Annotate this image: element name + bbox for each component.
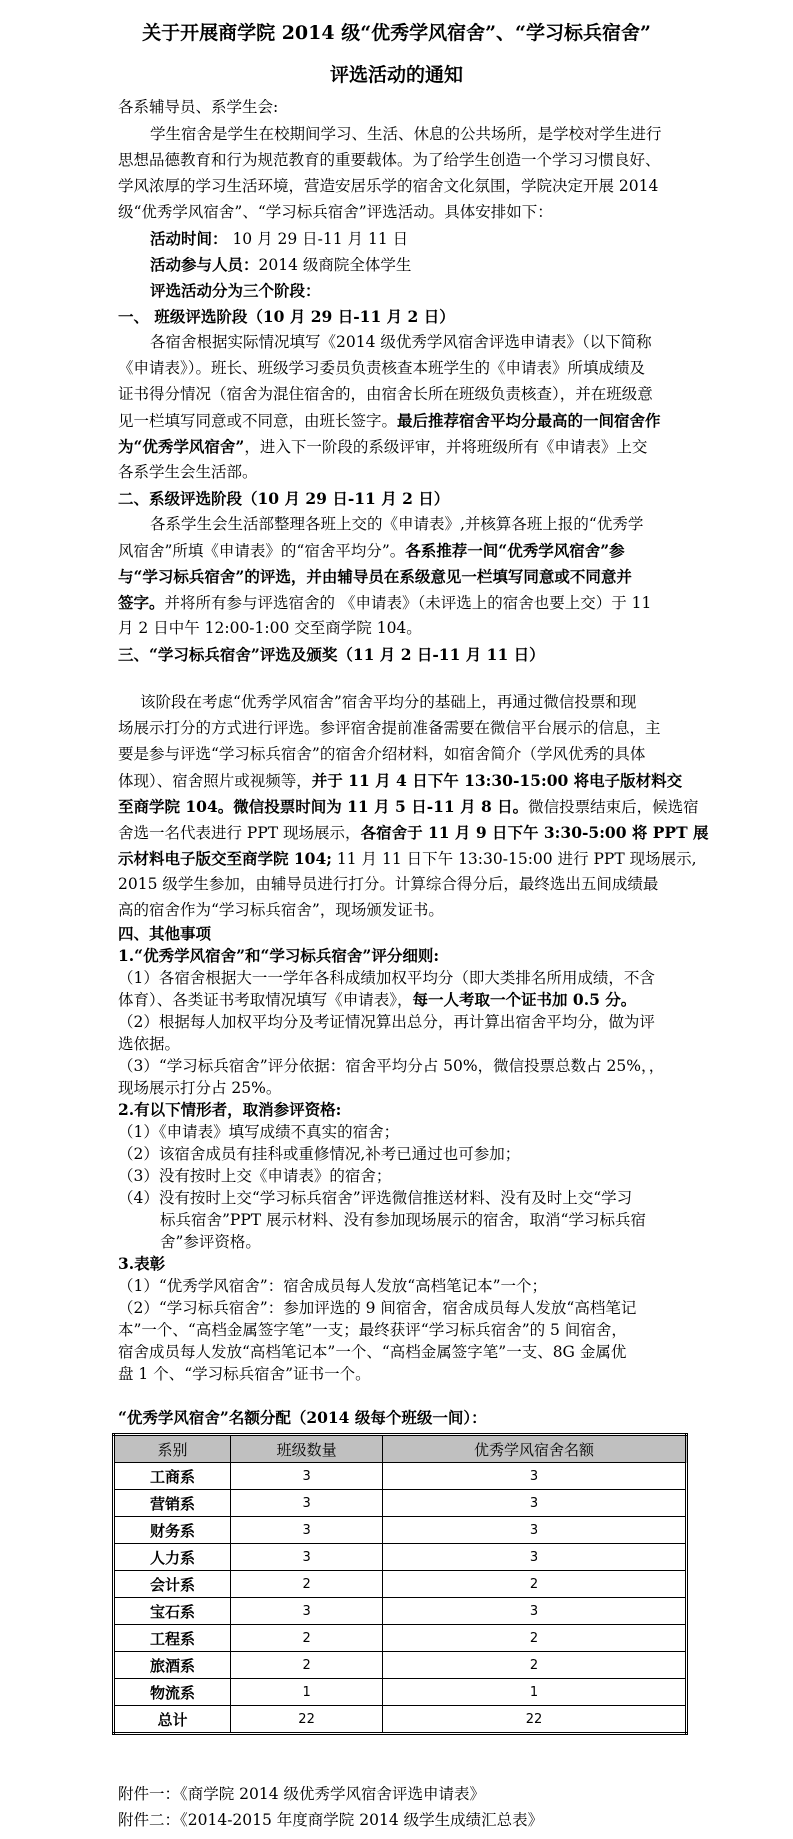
section3-line: 舍选一名代表进行 PPT 现场展示，各宿舍于 11 月 9 日下午 3:30-5… xyxy=(118,820,694,846)
column-header: 优秀学风宿舍名额 xyxy=(383,1435,687,1463)
intro-line: 学生宿舍是学生在校期间学习、生活、休息的公共场所，是学校对学生进行 xyxy=(150,122,726,147)
section3-line: 场展示打分的方式进行评选。参评宿舍提前准备需要在微信平台展示的信息，主 xyxy=(118,716,694,741)
sub1-line: （1）各宿舍根据大一一学年各科成绩加权平均分（即大类排名所用成绩，不含 xyxy=(118,968,694,988)
class-count-cell: 2 xyxy=(231,1652,383,1679)
text-bold: 示材料电子版交至商学院 104; xyxy=(118,849,332,868)
allocation-table: 系别 班级数量 优秀学风宿舍名额 工商系33 营销系33 财务系33 人力系33… xyxy=(112,1433,688,1735)
column-header: 系别 xyxy=(114,1435,231,1463)
class-count-cell: 3 xyxy=(231,1598,383,1625)
total-class-count-cell: 22 xyxy=(231,1706,383,1734)
section1-line: 见一栏填写同意或不同意，由班长签字。最后推荐宿舍平均分最高的一间宿舍作 xyxy=(118,408,694,434)
text-bold: 至商学院 104。微信投票时间为 11 月 5 日-11 月 8 日。 xyxy=(118,797,528,816)
section1-line: 各系学生会生活部。 xyxy=(118,460,694,485)
quota-cell: 1 xyxy=(383,1679,687,1706)
participants-label: 活动参与人员： xyxy=(150,255,259,274)
quota-cell: 2 xyxy=(383,1625,687,1652)
text-normal: 风宿舍”所填《申请表》的“宿舍平均分”。 xyxy=(118,542,405,560)
dept-cell: 人力系 xyxy=(114,1544,231,1571)
section3-heading: 三、“学习标兵宿舍”评选及颁奖（11 月 2 日-11 月 11 日） xyxy=(118,642,694,667)
sub3-item: 宿舍成员每人发放“高档笔记本”一个、“高档金属签字笔”一支、8G 金属优 xyxy=(118,1342,694,1362)
sub3-item: （2）“学习标兵宿舍”：参加评选的 9 间宿舍，宿舍成员每人发放“高档笔记 xyxy=(118,1298,694,1318)
text-bold: 最后推荐宿舍平均分最高的一间宿舍作 xyxy=(397,411,661,430)
column-header: 班级数量 xyxy=(231,1435,383,1463)
table-total-row: 总计2222 xyxy=(114,1706,687,1734)
text-normal: 11 月 11 日下午 13:30-15:00 进行 PPT 现场展示, xyxy=(332,850,697,868)
table-row: 工程系22 xyxy=(114,1625,687,1652)
text-bold: 各宿舍于 11 月 9 日下午 3:30-5:00 将 PPT 展 xyxy=(361,823,709,842)
section1-line: 各宿舍根据实际情况填写《2014 级优秀学风宿舍评选申请表》（以下简称 xyxy=(150,330,726,355)
quota-cell: 2 xyxy=(383,1652,687,1679)
attachment-2: 附件二：《2014-2015 年度商学院 2014 级学生成绩汇总表》 xyxy=(118,1808,694,1833)
sub2-item: （3）没有按时上交《申请表》的宿舍； xyxy=(118,1166,694,1186)
text-normal: 舍选一名代表进行 PPT 现场展示， xyxy=(118,824,361,842)
text-bold: 各系推荐一间“优秀学风宿舍”参 xyxy=(405,541,624,560)
table-header-row: 系别 班级数量 优秀学风宿舍名额 xyxy=(114,1435,687,1463)
section1-heading: 一、 班级评选阶段（10 月 29 日-11 月 2 日） xyxy=(118,304,694,329)
table-row: 旅酒系22 xyxy=(114,1652,687,1679)
sub2-item: 舍”参评资格。 xyxy=(160,1232,736,1252)
table-row: 工商系33 xyxy=(114,1463,687,1490)
quota-cell: 3 xyxy=(383,1598,687,1625)
allocation-caption: “优秀学风宿舍”名额分配（2014 级每个班级一间）： xyxy=(118,1408,694,1428)
text-bold: 为“优秀学风宿舍” xyxy=(118,437,244,456)
class-count-cell: 2 xyxy=(231,1571,383,1598)
sub2-heading: 2.有以下情形者，取消参评资格: xyxy=(118,1100,694,1120)
section2-line: 签字。并将所有参与评选宿舍的 《申请表》（未评选上的宿舍也要上交）于 11 xyxy=(118,590,694,616)
text-normal: 见一栏填写同意或不同意，由班长签字。 xyxy=(118,412,397,430)
notice-title-line1: 关于开展商学院 2014 级“优秀学风宿舍”、“学习标兵宿舍” xyxy=(0,18,793,45)
quota-cell: 3 xyxy=(383,1463,687,1490)
sub1-line: （2）根据每人加权平均分及考证情况算出总分，再计算出宿舍平均分，做为评 xyxy=(118,1012,694,1032)
sub2-item: 标兵宿舍”PPT 展示材料、没有参加现场展示的宿舍，取消“学习标兵宿 xyxy=(160,1210,736,1230)
section3-line: 体现）、宿舍照片或视频等，并于 11 月 4 日下午 13:30-15:00 将… xyxy=(118,768,694,794)
dept-cell: 物流系 xyxy=(114,1679,231,1706)
sub3-item: 本”一个、“高档金属签字笔”一支；最终获评“学习标兵宿舍”的 5 间宿舍， xyxy=(118,1320,694,1340)
dept-cell: 营销系 xyxy=(114,1490,231,1517)
text-normal: 体现）、宿舍照片或视频等， xyxy=(118,772,312,790)
dept-cell: 财务系 xyxy=(114,1517,231,1544)
text-bold: 签字。 xyxy=(118,593,165,612)
class-count-cell: 3 xyxy=(231,1544,383,1571)
sub2-item: （1）《申请表》填写成绩不真实的宿舍； xyxy=(118,1122,694,1142)
section3-line: 要是参与评选“学习标兵宿舍”的宿舍介绍材料，如宿舍简介（学风优秀的具体 xyxy=(118,742,694,767)
activity-time: 活动时间： 10 月 29 日-11 月 11 日 xyxy=(150,226,726,252)
sub1-line: 体育）、各类证书考取情况填写《申请表》，每一人考取一个证书加 0.5 分。 xyxy=(118,990,694,1010)
table-row: 营销系33 xyxy=(114,1490,687,1517)
text-normal: 体育）、各类证书考取情况填写《申请表》， xyxy=(118,991,413,1009)
section3-line: 至商学院 104。微信投票时间为 11 月 5 日-11 月 8 日。微信投票结… xyxy=(118,794,694,820)
quota-cell: 3 xyxy=(383,1490,687,1517)
table-row: 人力系33 xyxy=(114,1544,687,1571)
sub2-item: （2）该宿舍成员有挂科或重修情况,补考已通过也可参加； xyxy=(118,1144,694,1164)
intro-line: 学风浓厚的学习生活环境，营造安居乐学的宿舍文化氛围，学院决定开展 2014 xyxy=(118,174,694,199)
participants: 活动参与人员：2014 级商院全体学生 xyxy=(150,252,726,278)
section1-line: 为“优秀学风宿舍”，进入下一阶段的系级评审，并将班级所有《申请表》上交 xyxy=(118,434,694,460)
section3-line: 2015 级学生参加，由辅导员进行打分。计算综合得分后，最终选出五间成绩最 xyxy=(118,872,694,897)
section2-line: 与“学习标兵宿舍”的评选，并由辅导员在系级意见一栏填写同意或不同意并 xyxy=(118,564,694,589)
table-row: 物流系11 xyxy=(114,1679,687,1706)
salutation: 各系辅导员、系学生会: xyxy=(118,95,694,120)
section2-line: 各系学生会生活部整理各班上交的《申请表》,并核算各班上报的“优秀学 xyxy=(150,512,726,537)
text-bold: 并于 11 月 4 日下午 13:30-15:00 将电子版材料交 xyxy=(312,771,682,790)
section2-line: 月 2 日中午 12:00-1:00 交至商学院 104。 xyxy=(118,616,694,641)
section1-line: 《申请表》）。班长、班级学习委员负责核查本班学生的《申请表》所填成绩及 xyxy=(118,356,694,381)
notice-title-line2: 评选活动的通知 xyxy=(0,60,793,87)
attachment-1: 附件一：《商学院 2014 级优秀学风宿舍评选申请表》 xyxy=(118,1782,694,1807)
section2-heading: 二、系级评选阶段（10 月 29 日-11 月 2 日） xyxy=(118,486,694,511)
sub1-heading: 1.“优秀学风宿舍”和“学习标兵宿舍”评分细则: xyxy=(118,946,694,966)
section2-line: 风宿舍”所填《申请表》的“宿舍平均分”。各系推荐一间“优秀学风宿舍”参 xyxy=(118,538,694,564)
sub1-line: 选依据。 xyxy=(118,1034,694,1054)
participants-value: 2014 级商院全体学生 xyxy=(259,256,412,274)
stages-intro: 评选活动分为三个阶段： xyxy=(150,278,726,303)
class-count-cell: 2 xyxy=(231,1625,383,1652)
section1-line: 证书得分情况（宿舍为混住宿舍的，由宿舍长所在班级负责核查），并在班级意 xyxy=(118,382,694,407)
text-bold: 每一人考取一个证书加 0.5 分。 xyxy=(413,990,637,1009)
text-normal: 并将所有参与评选宿舍的 《申请表》（未评选上的宿舍也要上交）于 11 xyxy=(165,594,652,612)
dept-cell: 工程系 xyxy=(114,1625,231,1652)
dept-cell: 工商系 xyxy=(114,1463,231,1490)
class-count-cell: 1 xyxy=(231,1679,383,1706)
section3-line: 示材料电子版交至商学院 104; 11 月 11 日下午 13:30-15:00… xyxy=(118,846,694,872)
intro-line: 思想品德教育和行为规范教育的重要载体。为了给学生创造一个学习习惯良好、 xyxy=(118,148,694,173)
dept-cell: 会计系 xyxy=(114,1571,231,1598)
text-normal: 微信投票结束后，候选宿 xyxy=(528,798,699,816)
quota-cell: 3 xyxy=(383,1517,687,1544)
table-row: 宝石系33 xyxy=(114,1598,687,1625)
sub3-heading: 3.表彰 xyxy=(118,1254,694,1274)
section3-line: 该阶段在考虑“优秀学风宿舍”宿舍平均分的基础上，再通过微信投票和现 xyxy=(140,690,716,715)
sub1-line: （3）“学习标兵宿舍”评分依据：宿舍平均分占 50%，微信投票总数占 25%，， xyxy=(118,1056,694,1076)
activity-time-label: 活动时间： xyxy=(150,229,228,248)
dept-cell: 旅酒系 xyxy=(114,1652,231,1679)
dept-cell: 宝石系 xyxy=(114,1598,231,1625)
total-quota-cell: 22 xyxy=(383,1706,687,1734)
text-normal: ，进入下一阶段的系级评审，并将班级所有《申请表》上交 xyxy=(244,438,647,456)
sub2-item: （4）没有按时上交“学习标兵宿舍”评选微信推送材料、没有及时上交“学习 xyxy=(118,1188,694,1208)
class-count-cell: 3 xyxy=(231,1517,383,1544)
section3-line: 高的宿舍作为“学习标兵宿舍”，现场颁发证书。 xyxy=(118,898,694,923)
quota-cell: 2 xyxy=(383,1571,687,1598)
class-count-cell: 3 xyxy=(231,1490,383,1517)
sub3-item: （1）“优秀学风宿舍”：宿舍成员每人发放“高档笔记本”一个； xyxy=(118,1276,694,1296)
table-row: 财务系33 xyxy=(114,1517,687,1544)
quota-cell: 3 xyxy=(383,1544,687,1571)
sub1-line: 现场展示打分占 25%。 xyxy=(118,1078,694,1098)
sub3-item: 盘 1 个、“学习标兵宿舍”证书一个。 xyxy=(118,1364,694,1384)
activity-time-value: 10 月 29 日-11 月 11 日 xyxy=(228,230,409,248)
total-label-cell: 总计 xyxy=(114,1706,231,1734)
section4-heading: 四、其他事项 xyxy=(118,924,694,944)
table-row: 会计系22 xyxy=(114,1571,687,1598)
intro-line: 级“优秀学风宿舍”、“学习标兵宿舍”评选活动。具体安排如下： xyxy=(118,200,694,225)
class-count-cell: 3 xyxy=(231,1463,383,1490)
